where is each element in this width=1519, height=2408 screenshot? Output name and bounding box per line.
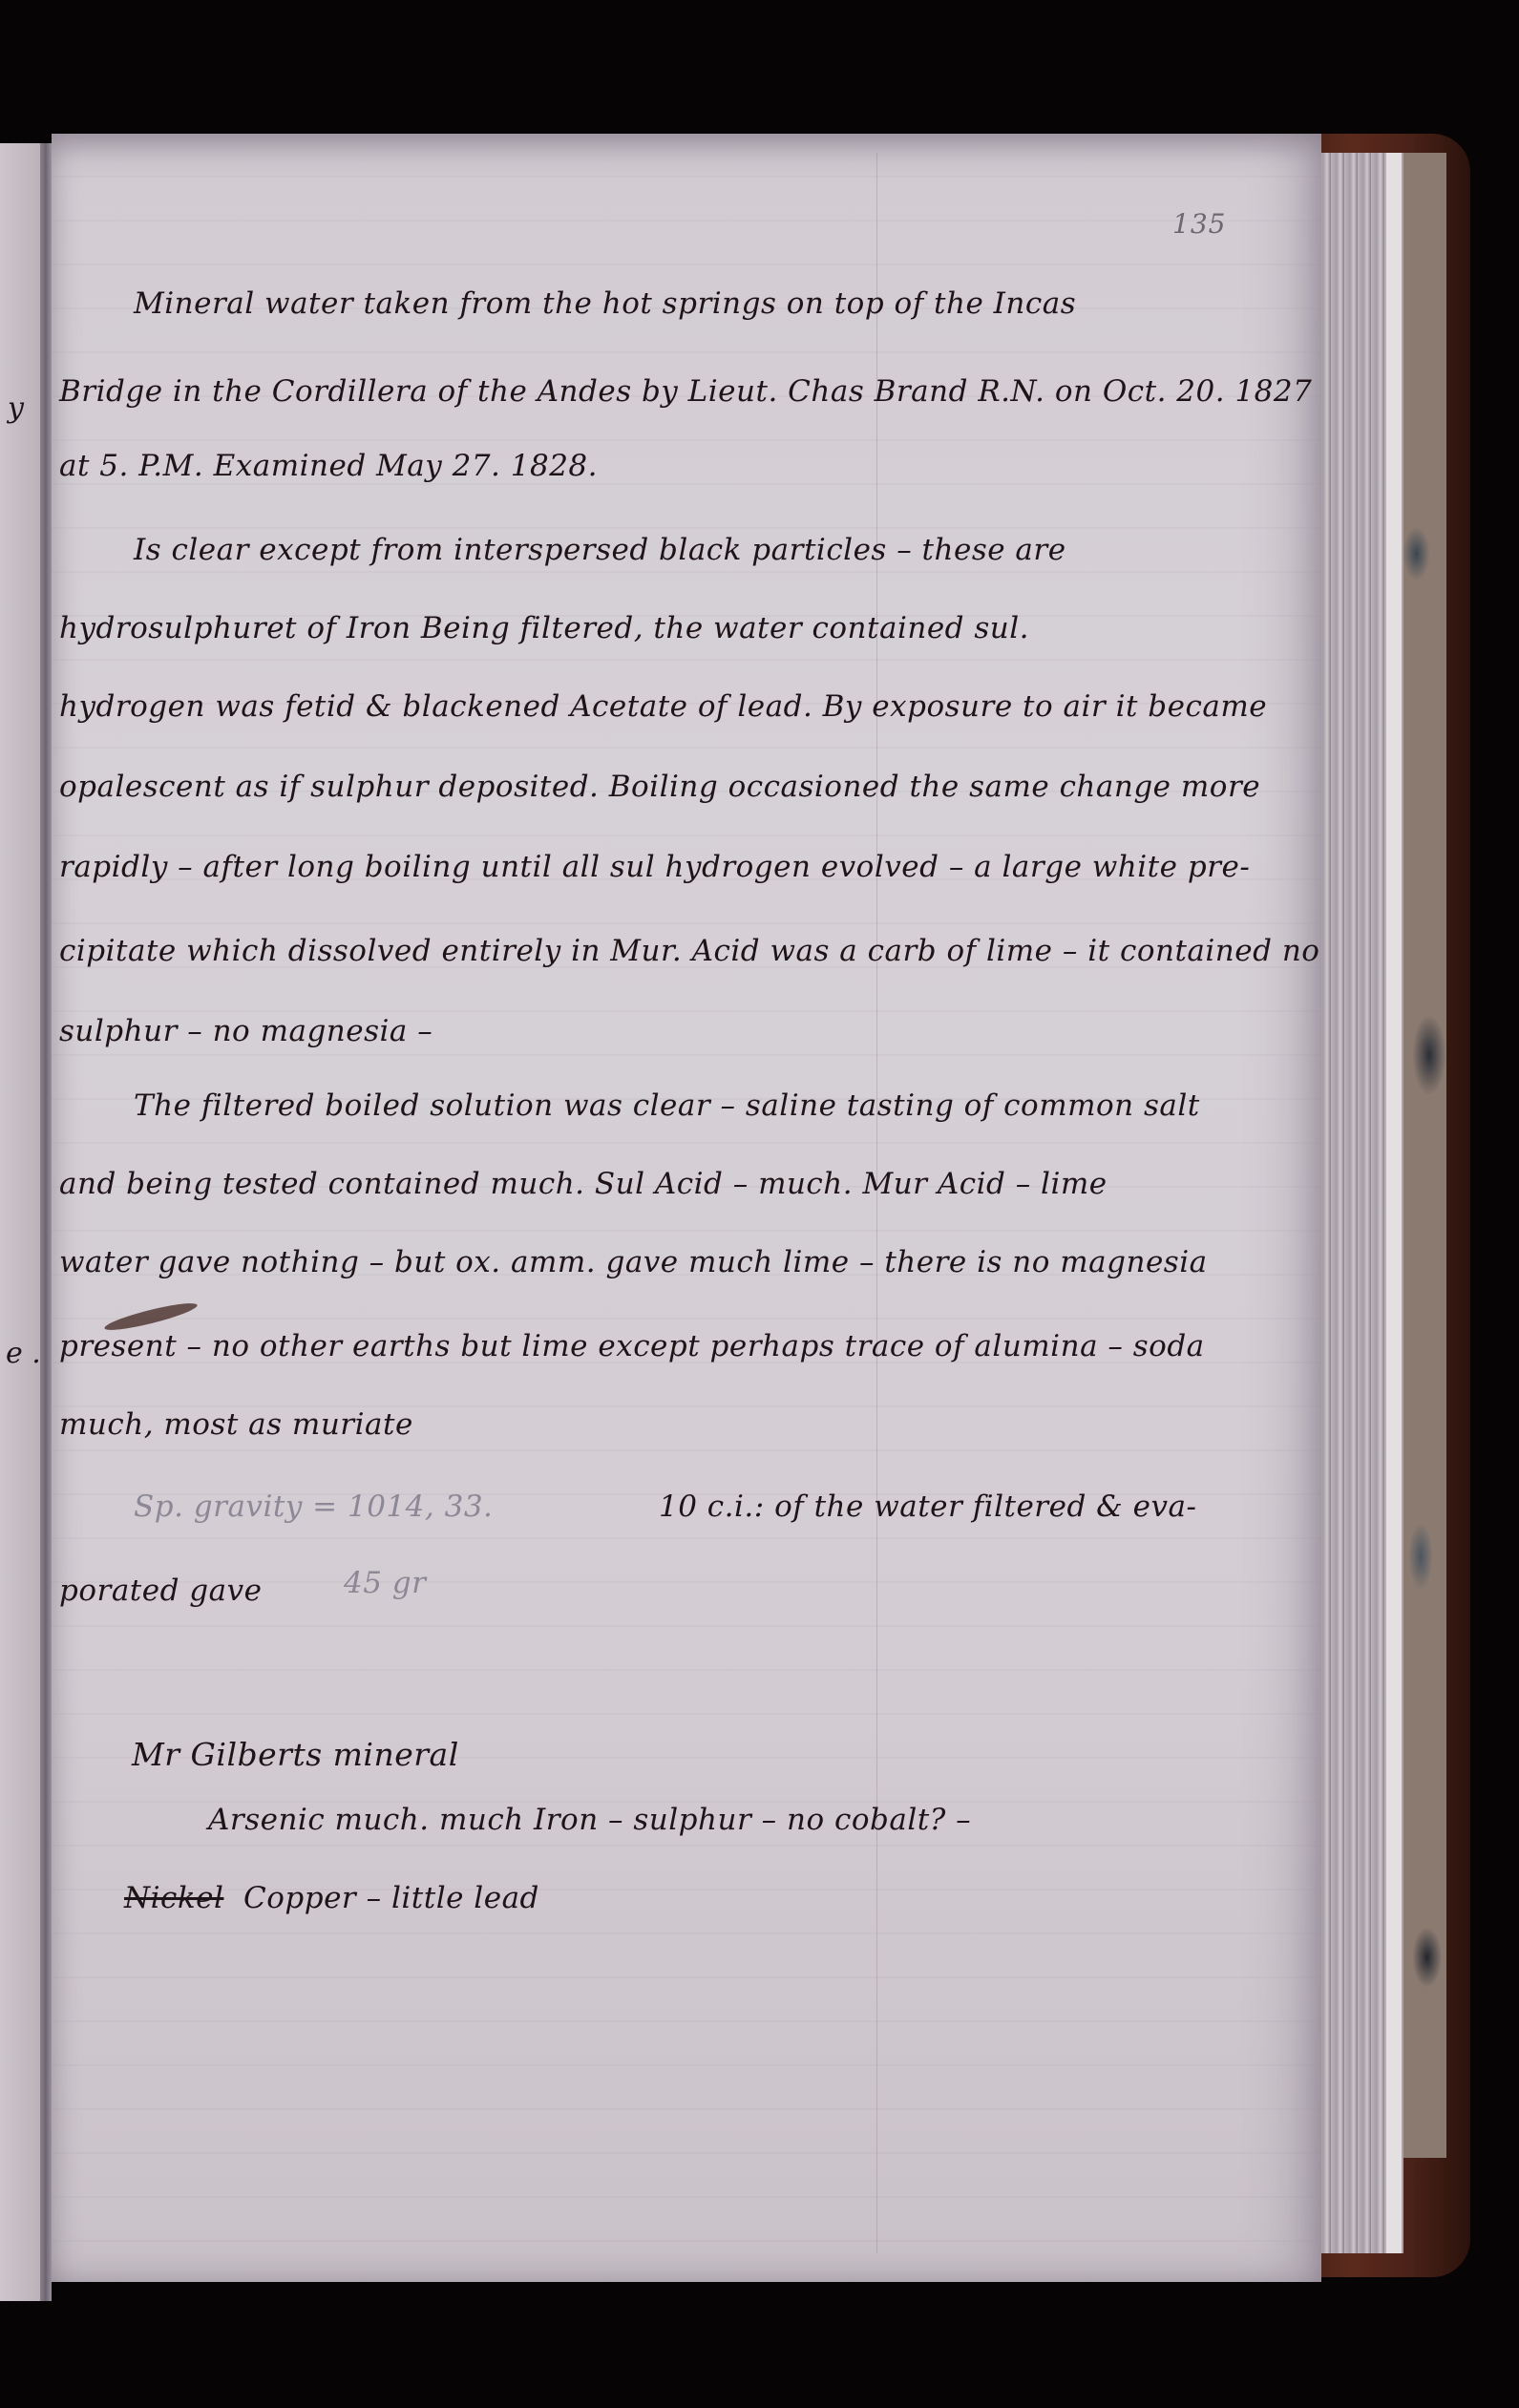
- text-line: 10 c.i.: of the water filtered & eva-: [659, 1489, 1196, 1524]
- pencil-value: 45 gr: [344, 1566, 426, 1600]
- text-line: Mineral water taken from the hot springs…: [134, 286, 1076, 321]
- text-line: water gave nothing – but ox. amm. gave m…: [59, 1245, 1208, 1279]
- entry-title: Mr Gilberts mineral: [132, 1736, 459, 1773]
- text-line: much, most as muriate: [59, 1407, 413, 1442]
- fold-line: [876, 153, 877, 2253]
- marbled-endpaper: [1403, 153, 1446, 2158]
- text-line: Copper – little lead: [243, 1881, 539, 1915]
- page-number: 135: [1172, 208, 1226, 240]
- text-line: opalescent as if sulphur deposited. Boil…: [59, 770, 1260, 804]
- text-line: present – no other earths but lime excep…: [59, 1329, 1205, 1363]
- left-page-fragment: y: [8, 391, 24, 425]
- text-line: Bridge in the Cordillera of the Andes by…: [59, 374, 1312, 409]
- text-line: Arsenic much. much Iron – sulphur – no c…: [208, 1803, 971, 1837]
- text-line: sulphur – no magnesia –: [59, 1014, 432, 1048]
- left-facing-page: [0, 143, 42, 2301]
- paper-insert-strip: [1386, 153, 1402, 2253]
- text-line: and being tested contained much. Sul Aci…: [59, 1167, 1108, 1201]
- book-gutter: [40, 143, 52, 2301]
- text-line: Is clear except from interspersed black …: [134, 533, 1066, 567]
- text-line: hydrosulphuret of Iron Being filtered, t…: [59, 611, 1029, 645]
- left-page-fragment: e .: [6, 1337, 41, 1370]
- text-line: at 5. P.M. Examined May 27. 1828.: [59, 449, 598, 483]
- text-line: The filtered boiled solution was clear –…: [134, 1088, 1200, 1123]
- text-line: cipitate which dissolved entirely in Mur…: [59, 934, 1319, 968]
- text-line: hydrogen was fetid & blackened Acetate o…: [59, 689, 1267, 724]
- text-line: rapidly – after long boiling until all s…: [59, 850, 1250, 884]
- pencil-note-specific-gravity: Sp. gravity = 1014, 33.: [134, 1489, 493, 1524]
- struck-word: Nickel: [124, 1881, 223, 1915]
- text-line: porated gave: [59, 1574, 263, 1608]
